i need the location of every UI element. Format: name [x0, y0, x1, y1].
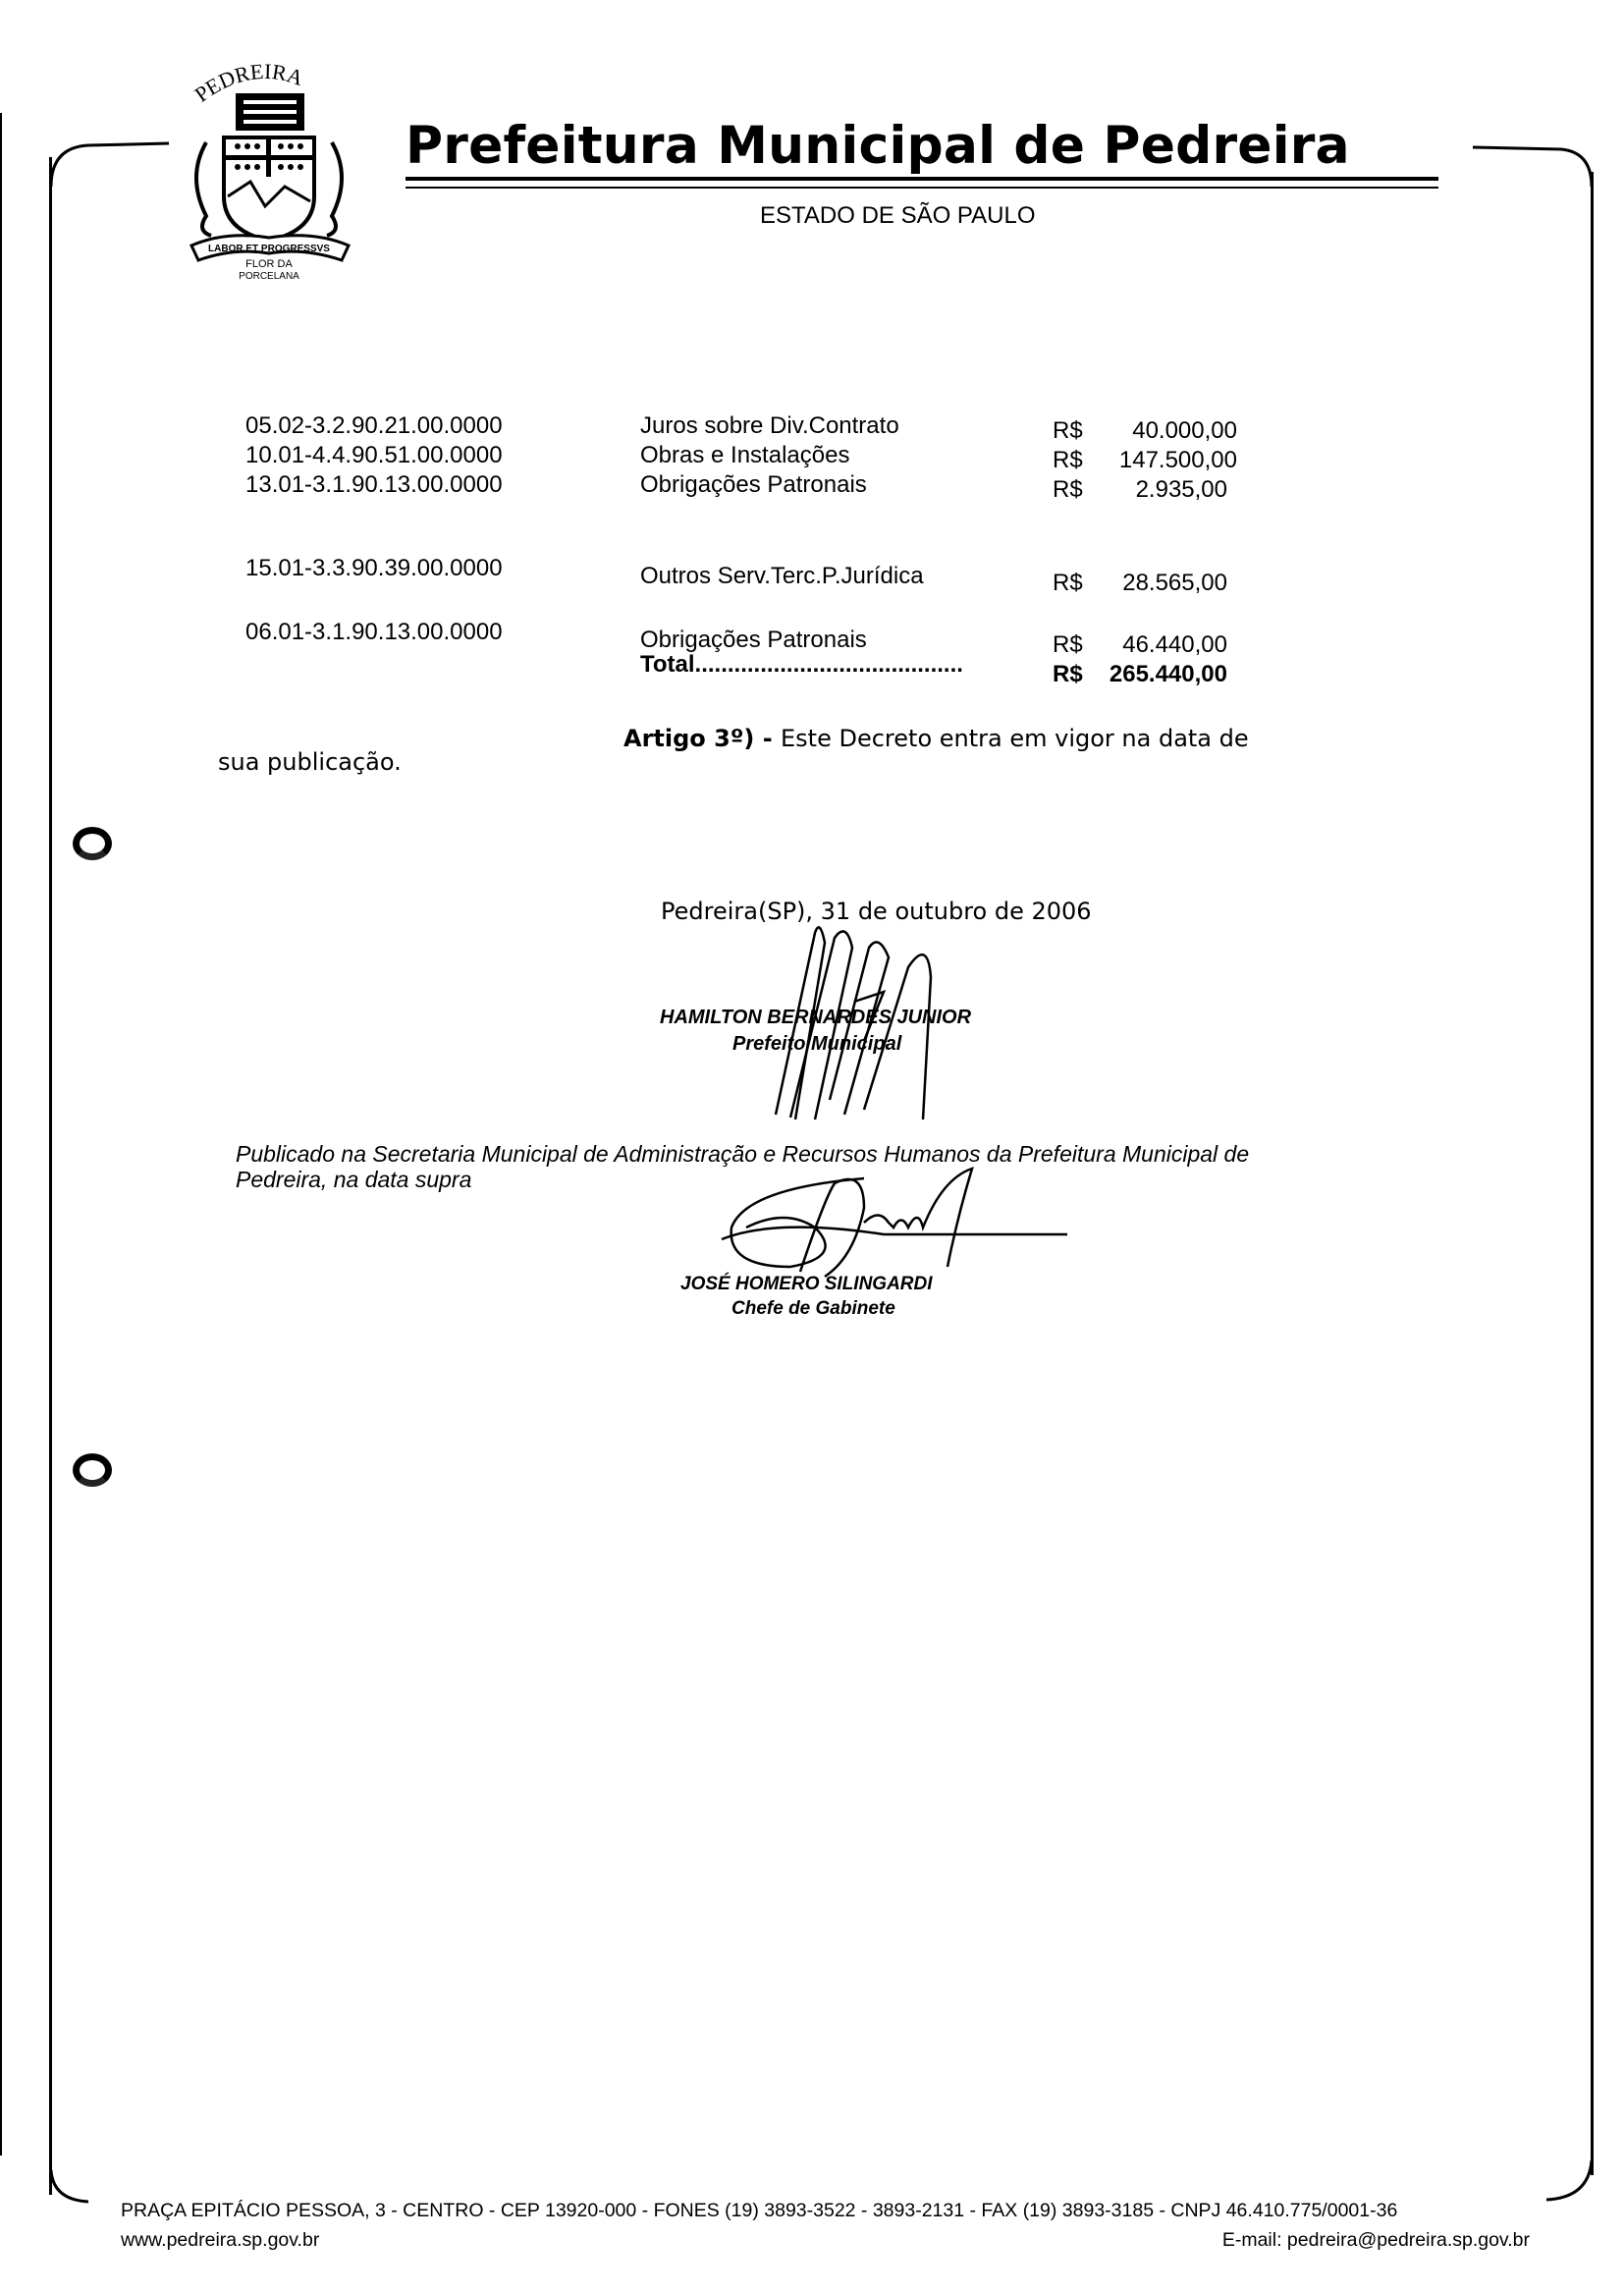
budget-code: 10.01-4.4.90.51.00.0000	[245, 442, 503, 469]
title-underline-thin	[406, 187, 1438, 189]
budget-description: Obrigações Patronais	[640, 471, 867, 499]
article-text-continuation: sua publicação.	[218, 748, 402, 776]
total-amount: 265.440,00	[1080, 661, 1227, 688]
budget-amount: 46.440,00	[1080, 631, 1227, 659]
total-label: Total...................................…	[640, 651, 963, 679]
chief-signature	[722, 1169, 1067, 1277]
budget-code: 13.01-3.1.90.13.00.0000	[245, 471, 503, 499]
article-3: Artigo 3º) - Este Decreto entra em vigor…	[623, 725, 1249, 752]
coat-of-arms-icon: PEDREIRA LABOR ET PROGRESSVS FLOR DA POR…	[167, 59, 373, 280]
page-title: Prefeitura Municipal de Pedreira	[406, 116, 1350, 176]
article-text: Este Decreto entra em vigor na data de	[781, 725, 1249, 752]
budget-description: Juros sobre Div.Contrato	[640, 412, 899, 440]
chief-name: JOSÉ HOMERO SILINGARDI	[680, 1274, 933, 1295]
svg-text:FLOR DA: FLOR DA	[245, 258, 293, 270]
article-dash: -	[754, 725, 781, 752]
currency-symbol: R$	[1053, 417, 1083, 445]
currency-symbol: R$	[1053, 476, 1083, 504]
budget-description: Obrigações Patronais	[640, 627, 867, 654]
svg-text:PORCELANA: PORCELANA	[239, 271, 299, 280]
article-label: Artigo 3º)	[623, 725, 754, 752]
svg-text:LABOR ET PROGRESSVS: LABOR ET PROGRESSVS	[208, 244, 330, 254]
place-date: Pedreira(SP), 31 de outubro de 2006	[661, 898, 1092, 925]
publication-line-2: Pedreira, na data supra	[236, 1167, 471, 1193]
state-subtitle: ESTADO DE SÃO PAULO	[760, 202, 1036, 230]
currency-symbol: R$	[1053, 447, 1083, 474]
budget-code: 06.01-3.1.90.13.00.0000	[245, 619, 503, 646]
budget-description: Outros Serv.Terc.P.Jurídica	[640, 563, 924, 590]
punch-hole-top	[73, 827, 112, 860]
municipal-coat-of-arms: PEDREIRA LABOR ET PROGRESSVS FLOR DA POR…	[167, 59, 373, 280]
budget-description: Obras e Instalações	[640, 442, 849, 469]
punch-hole-bottom	[73, 1453, 112, 1487]
chief-title: Chefe de Gabinete	[731, 1298, 895, 1320]
currency-symbol: R$	[1053, 570, 1083, 597]
budget-amount: 40.000,00	[1090, 417, 1237, 445]
footer-email[interactable]: E-mail: pedreira@pedreira.sp.gov.br	[1222, 2229, 1530, 2252]
currency-symbol: R$	[1053, 631, 1083, 659]
budget-code: 05.02-3.2.90.21.00.0000	[245, 412, 503, 440]
title-underline	[406, 177, 1438, 181]
budget-code: 15.01-3.3.90.39.00.0000	[245, 555, 503, 582]
mayor-title: Prefeito Municipal	[732, 1033, 901, 1056]
budget-amount: 28.565,00	[1080, 570, 1227, 597]
publication-line-1: Publicado na Secretaria Municipal de Adm…	[236, 1141, 1249, 1168]
mayor-name: HAMILTON BERNARDES JUNIOR	[660, 1007, 971, 1029]
footer-address: PRAÇA EPITÁCIO PESSOA, 3 - CENTRO - CEP …	[121, 2200, 1397, 2222]
footer-website[interactable]: www.pedreira.sp.gov.br	[121, 2229, 319, 2252]
budget-amount: 147.500,00	[1090, 447, 1237, 474]
currency-symbol: R$	[1053, 661, 1083, 688]
budget-amount: 2.935,00	[1080, 476, 1227, 504]
